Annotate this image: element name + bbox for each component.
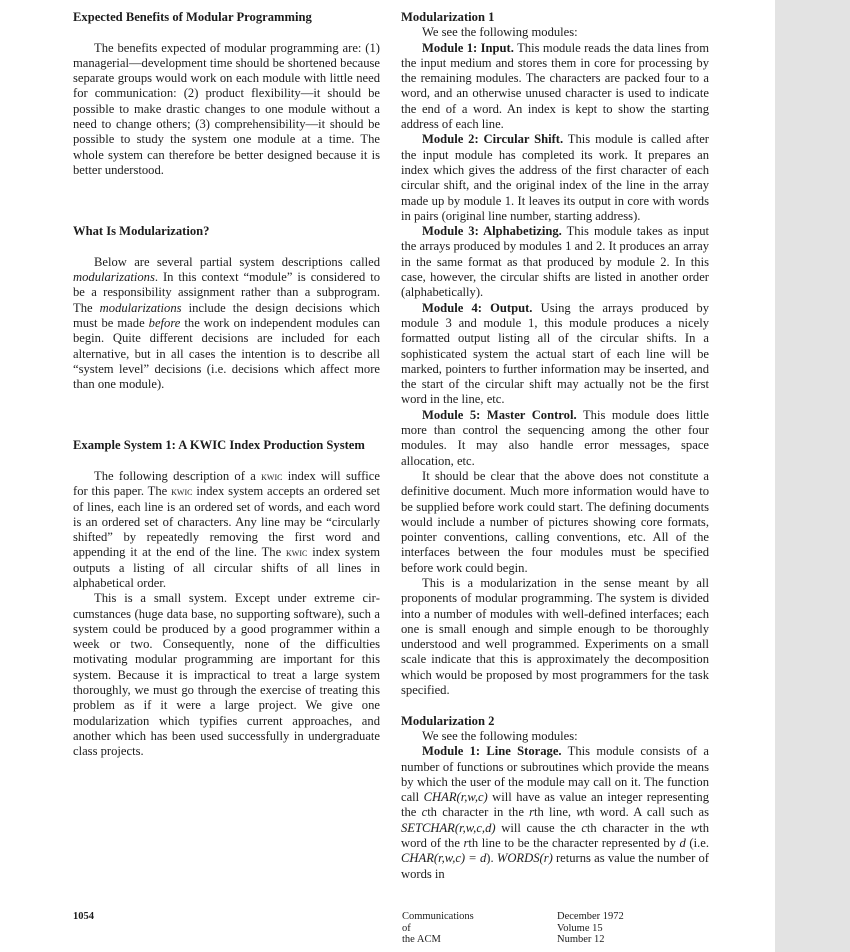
paragraph-mod1-intro: We see the following modules: [401,25,709,40]
module-label: Module 4: Output. [422,301,532,315]
text-run: th word. A call such as [585,805,709,819]
issue-date: December 1972 [557,911,624,923]
right-column: Modularization 1 We see the following mo… [401,10,709,882]
emphasis: modularizations [73,270,155,284]
paragraph-mod1-module2: Module 2: Circular Shift. This module is… [401,132,709,224]
paragraph-mod1-module3: Module 3: Alphabetizing. This module tak… [401,224,709,300]
paragraph-kwic-description: The following description of a kwic inde… [73,469,380,591]
text-run: Using the arrays produced by module 3 an… [401,301,709,407]
text-run: th character in the [427,805,529,819]
paragraph-mod2-intro: We see the following modules: [401,729,709,744]
module-label: Module 1: Line Storage. [422,744,562,758]
module-label: Module 1: Input. [422,41,514,55]
function-setchar: SETCHAR(r,w,c,d) [401,821,496,835]
section-heading-expected-benefits: Expected Benefits of Modular Programming [73,10,380,25]
text-run: th character in the [587,821,691,835]
text-run: th line, [534,805,576,819]
paragraph-small-system: This is a small system. Except under ext… [73,591,380,759]
issue-number: Number 12 [557,934,624,946]
paragraph-modularization-sense: This is a modularization in the sense me… [401,576,709,698]
paragraph-mod1-module1: Module 1: Input. This module reads the d… [401,41,709,133]
module-label: Module 5: Master Control. [422,408,577,422]
var: w [576,805,584,819]
function-char: CHAR(r,w,c) [424,790,488,804]
text-run: The following description of a [94,469,261,483]
text-run: (i.e. [686,836,709,850]
paragraph-mod1-module5: Module 5: Master Control. This module do… [401,408,709,469]
issue-info: December 1972 Volume 15 Number 12 [557,911,624,946]
viewer-margin [775,0,850,952]
section-heading-what-is-modularization: What Is Modularization? [73,224,380,239]
text-run: th line to be the character represented … [468,836,679,850]
left-column: Expected Benefits of Modular Programming… [73,10,380,760]
journal-line: Communications [402,911,474,923]
small-caps-kwic: kwic [286,545,307,559]
paper-page: Expected Benefits of Modular Programming… [0,0,775,952]
small-caps-kwic: kwic [171,484,192,498]
module-label: Module 2: Circular Shift. [422,132,563,146]
section-heading-modularization-1: Modularization 1 [401,10,709,25]
function-words: WORDS(r) [497,851,553,865]
text-run: will cause the [496,821,582,835]
function-char-equation: CHAR(r,w,c) = d [401,851,486,865]
var: w [691,821,699,835]
emphasis: modularizations [100,301,182,315]
paragraph-benefits: The benefits expected of modular program… [73,41,380,179]
small-caps-kwic: kwic [261,469,282,483]
journal-name: Communications of the ACM [402,911,474,946]
section-heading-kwic-example: Example System 1: A KWIC Index Productio… [73,438,380,453]
emphasis: before [149,316,181,330]
text-run: Below are several partial system descrip… [94,255,380,269]
section-heading-modularization-2: Modularization 2 [401,714,709,729]
text-run: ). [486,851,497,865]
journal-line: the ACM [402,934,474,946]
paragraph-modularization-definition: Below are several partial system descrip… [73,255,380,393]
paragraph-mod1-module4: Module 4: Output. Using the arrays produ… [401,301,709,408]
issue-volume: Volume 15 [557,923,624,935]
module-label: Module 3: Alphabetizing. [422,224,562,238]
paragraph-mod2-module1: Module 1: Line Storage. This module cons… [401,744,709,882]
paragraph-not-definitive: It should be clear that the above does n… [401,469,709,576]
page-number: 1054 [73,911,94,923]
journal-line: of [402,923,474,935]
